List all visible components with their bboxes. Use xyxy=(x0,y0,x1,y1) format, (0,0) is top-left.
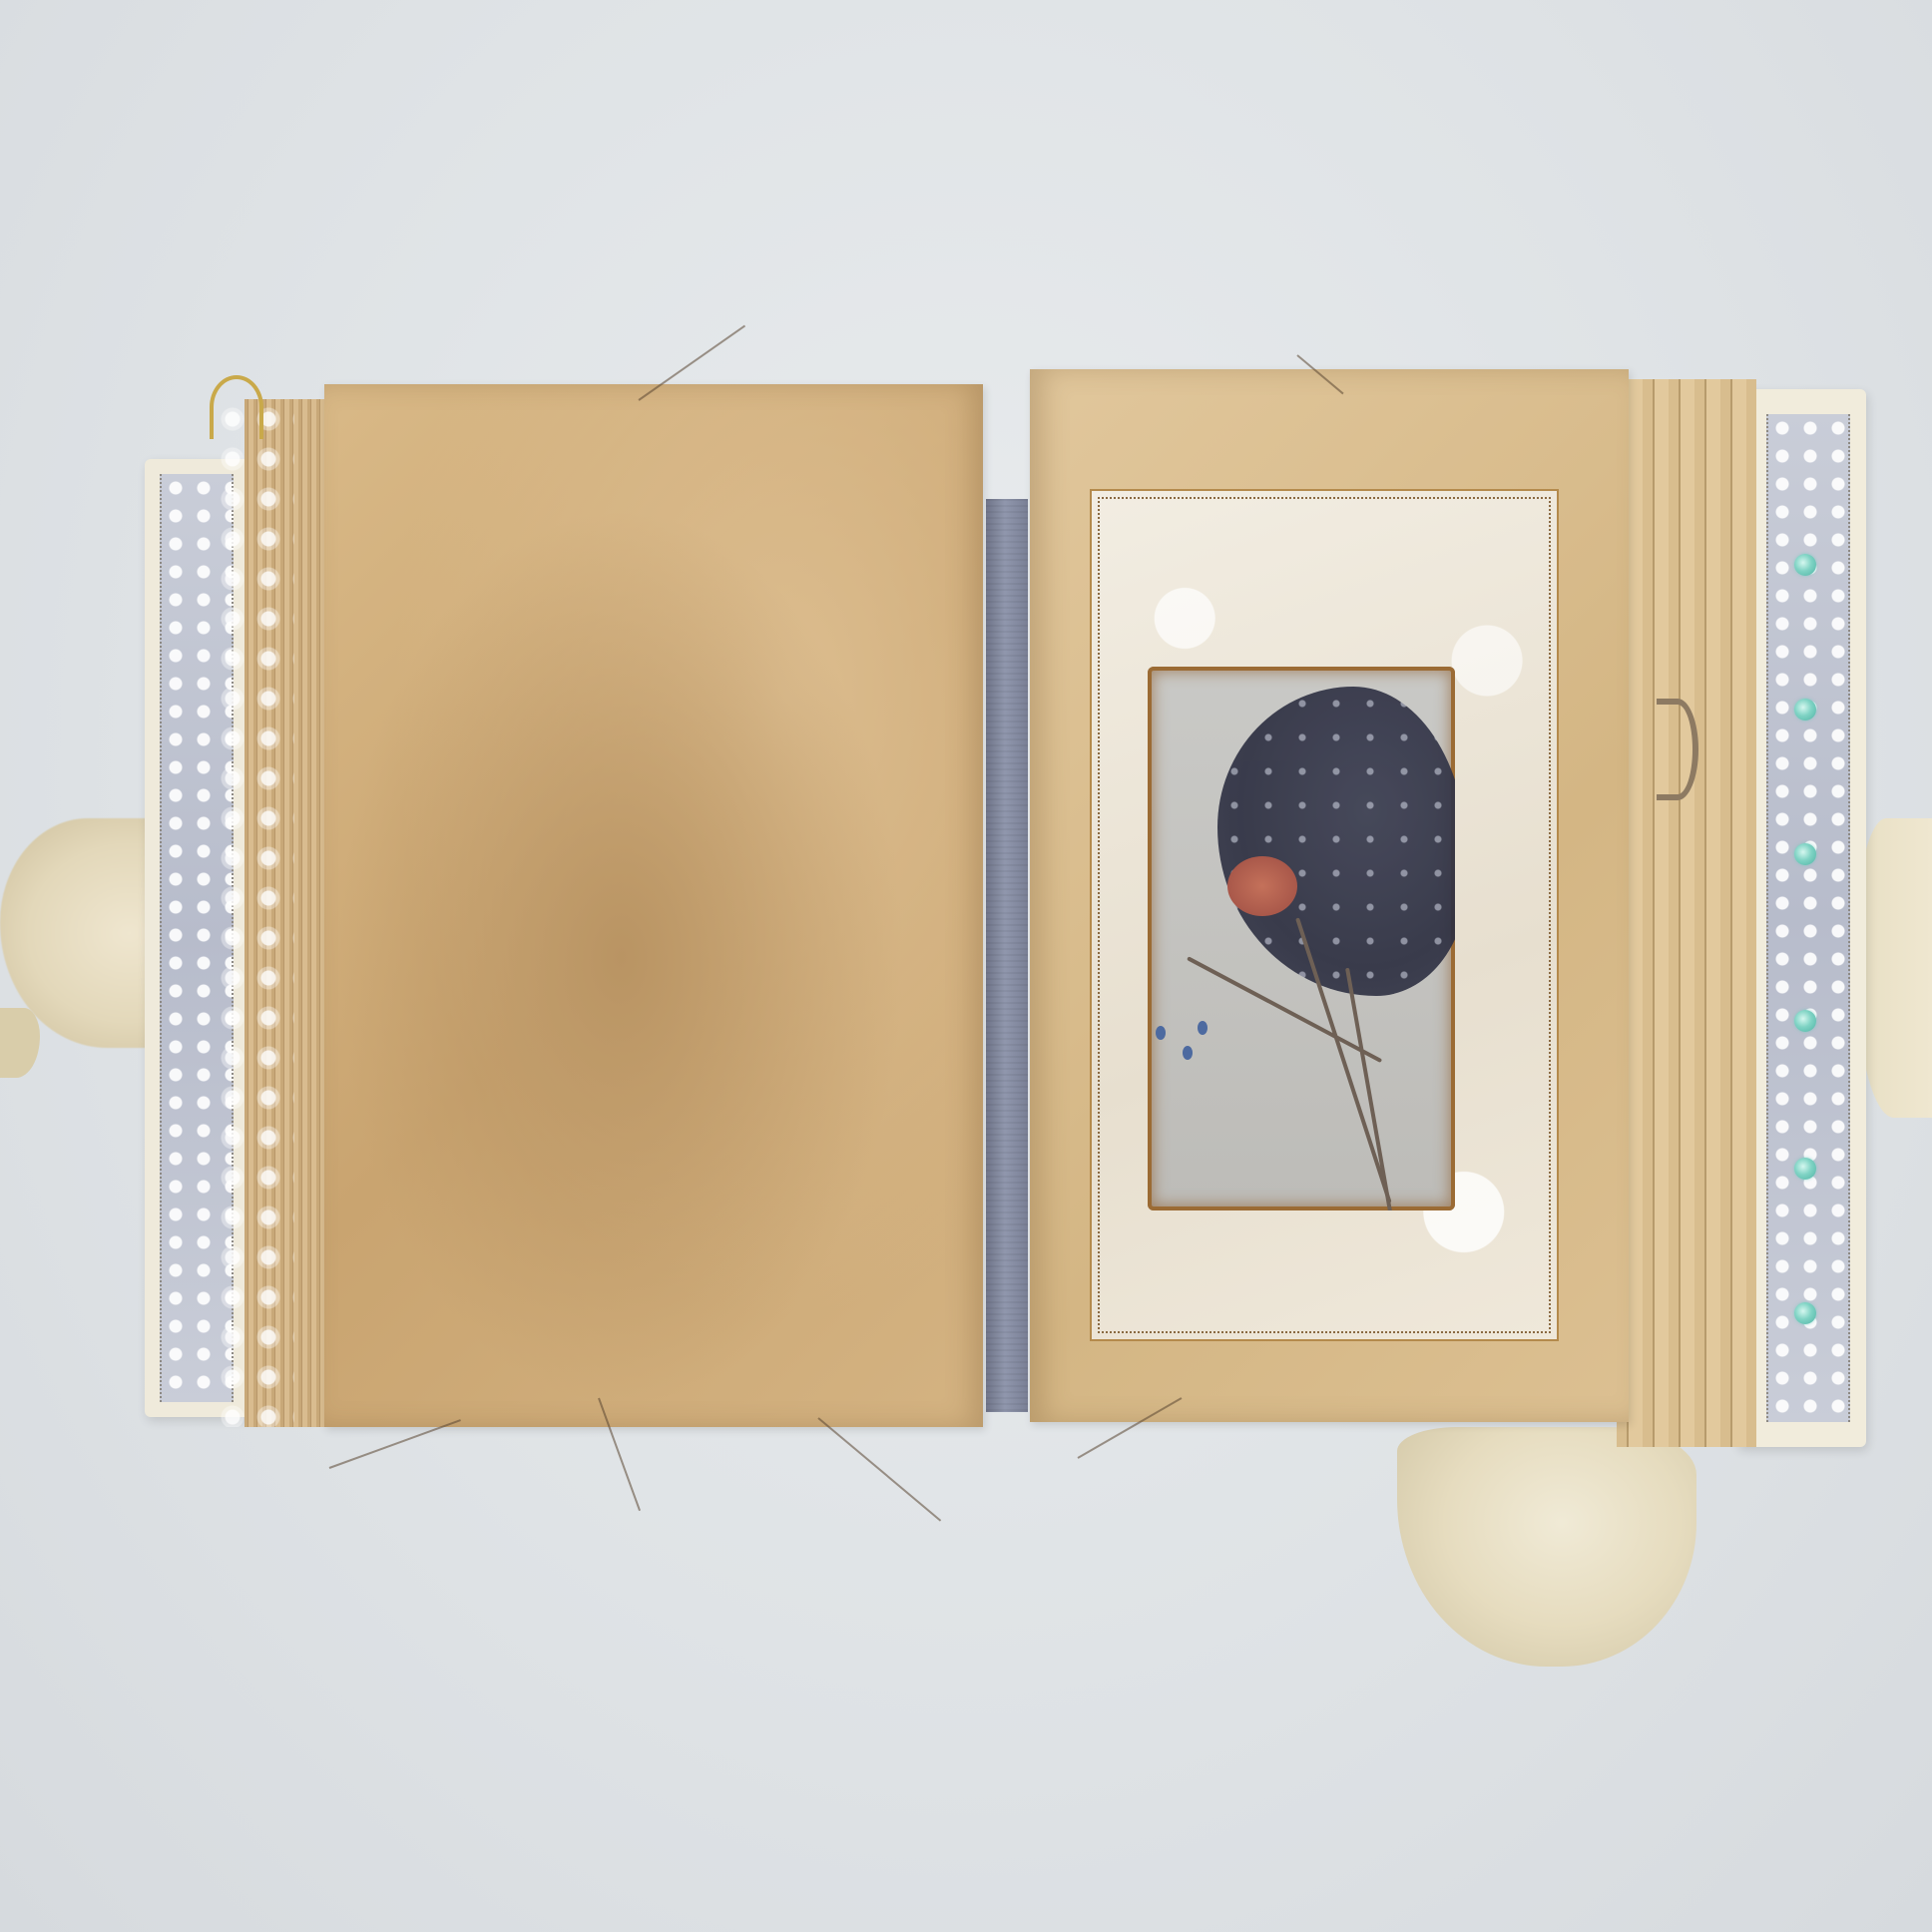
twine-loop xyxy=(210,375,263,439)
sequin-icon xyxy=(1794,554,1816,576)
muslin-tie-left-tail xyxy=(0,1008,40,1078)
brass-ring xyxy=(1657,699,1698,800)
robin-icon xyxy=(1227,856,1297,916)
left-page[interactable] xyxy=(324,384,983,1427)
robin-umbrella-photo xyxy=(1148,667,1455,1210)
muslin-tie-bottom xyxy=(1397,1427,1696,1667)
berry xyxy=(1156,1026,1166,1040)
loose-fiber xyxy=(817,1417,941,1521)
berry xyxy=(1198,1021,1207,1035)
sequin-icon xyxy=(1794,1158,1816,1180)
page-stack-right xyxy=(1617,379,1756,1447)
sequin-icon xyxy=(1794,1010,1816,1032)
sequin-icon xyxy=(1794,1302,1816,1324)
berry xyxy=(1183,1046,1193,1060)
umbrella-icon xyxy=(1217,687,1455,996)
lace-trim-left xyxy=(215,399,294,1427)
sequin-icon xyxy=(1794,843,1816,865)
sequin-icon xyxy=(1794,699,1816,721)
spine xyxy=(986,499,1028,1412)
muslin-tie-right xyxy=(1856,818,1932,1118)
